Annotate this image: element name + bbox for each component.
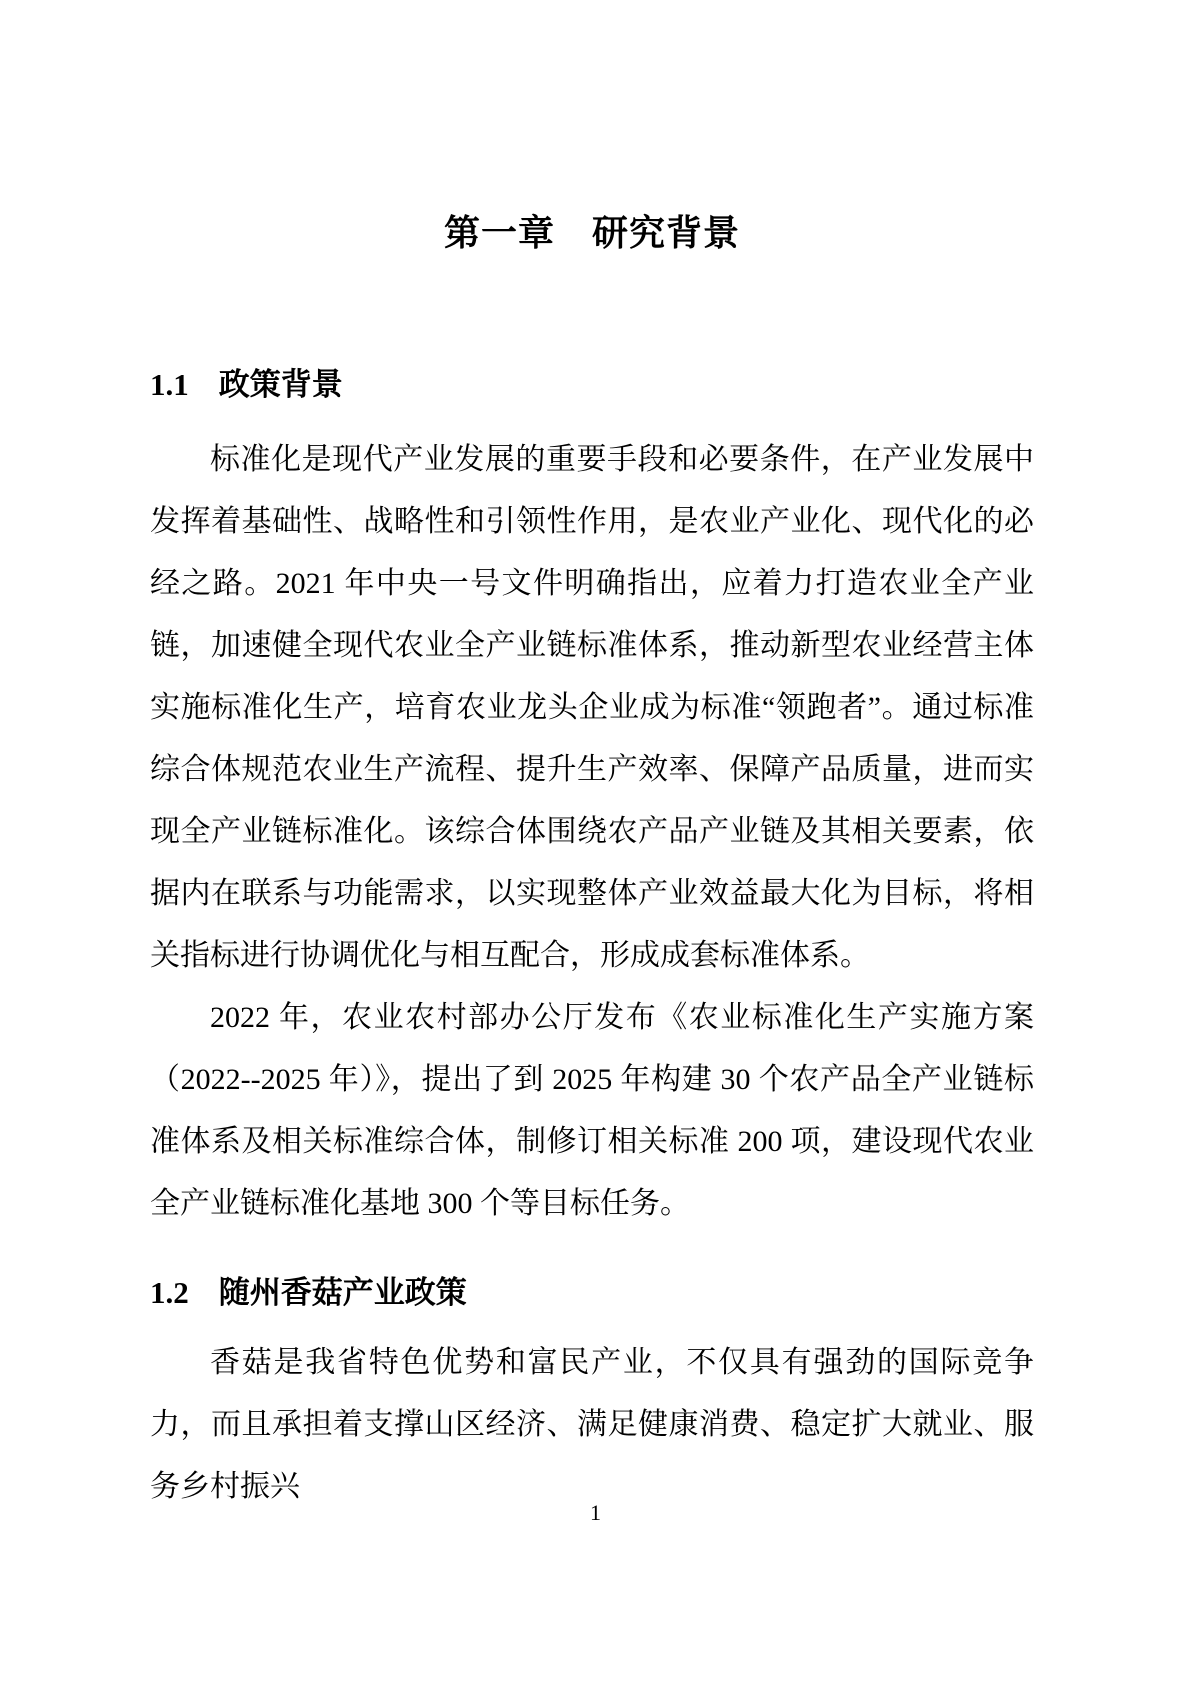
document-page: 第一章 研究背景 1.1政策背景 标准化是现代产业发展的重要手段和必要条件，在产… xyxy=(0,0,1191,1684)
section-number: 1.1 xyxy=(150,367,189,402)
chapter-title: 第一章 研究背景 xyxy=(150,211,1034,255)
section-number: 1.2 xyxy=(150,1275,189,1310)
paragraph: 标准化是现代产业发展的重要手段和必要条件，在产业发展中发挥着基础性、战略性和引领… xyxy=(150,429,1034,987)
section-heading-1-2: 1.2随州香菇产业政策 xyxy=(150,1275,1034,1311)
section-heading-text: 政策背景 xyxy=(219,367,343,402)
section-heading-text: 随州香菇产业政策 xyxy=(219,1275,467,1310)
section-heading-1-1: 1.1政策背景 xyxy=(150,367,1034,403)
page-number: 1 xyxy=(0,1500,1191,1526)
paragraph: 香菇是我省特色优势和富民产业，不仅具有强劲的国际竞争力，而且承担着支撑山区经济、… xyxy=(150,1332,1034,1518)
paragraph: 2022 年，农业农村部办公厅发布《农业标准化生产实施方案（2022--2025… xyxy=(150,987,1034,1235)
document-content: 第一章 研究背景 1.1政策背景 标准化是现代产业发展的重要手段和必要条件，在产… xyxy=(150,0,1034,1518)
